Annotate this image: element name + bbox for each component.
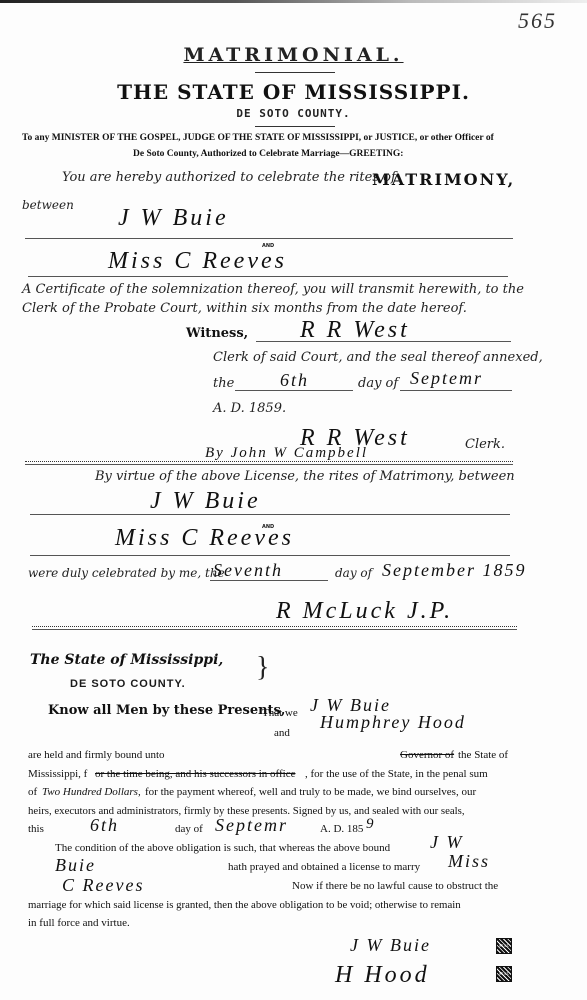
- struck-clause: or the time being, and his successors in…: [95, 768, 296, 780]
- clerk-text: Clerk of said Court, and the seal thereo…: [213, 350, 543, 365]
- license-month: Septemr: [410, 368, 483, 389]
- sum-suffix: for the payment whereof, well and truly …: [145, 786, 476, 798]
- state-of-text: the State of: [458, 749, 508, 761]
- know-all-heading: Know all Men by these Presents,: [48, 703, 285, 718]
- county-heading: DE SOTO COUNTY.: [0, 107, 587, 120]
- marry-name-2: C Reeves: [62, 875, 144, 896]
- certificate-line-2: Clerk of the Probate Court, within six m…: [22, 301, 467, 316]
- matrimony-word: MATRIMONY,: [372, 170, 515, 189]
- marry-name-1: Miss: [448, 851, 490, 872]
- penal-sum: Two Hundred Dollars,: [42, 786, 141, 798]
- bride-name: Miss C Reeves: [108, 248, 287, 275]
- signature-hood: H Hood: [335, 962, 430, 989]
- bride-line: [28, 276, 508, 277]
- force-line: in full force and virtue.: [28, 917, 130, 929]
- mississippi-text: Mississippi, f: [28, 768, 87, 780]
- this-label: this: [28, 823, 44, 835]
- held-text: are held and firmly bound unto: [28, 749, 165, 761]
- certificate-line-1: A Certificate of the solemnization there…: [22, 282, 524, 297]
- seal-icon: SEAL: [496, 966, 512, 982]
- between-label: between: [22, 198, 74, 212]
- return-bride-line: [30, 555, 510, 556]
- return-month-year: September 1859: [382, 560, 526, 581]
- state-heading: THE STATE OF MISSISSIPPI.: [0, 80, 587, 104]
- return-day-line: [210, 580, 328, 581]
- clerk-suffix: Clerk.: [465, 437, 505, 452]
- page-number: 565: [518, 8, 557, 34]
- bond-state-heading: The State of Mississippi,: [30, 652, 223, 668]
- officiant-signature: R McLuck J.P.: [276, 598, 453, 625]
- return-day: Seventh: [213, 560, 283, 581]
- divider: [255, 72, 335, 73]
- condition-line: The condition of the above obligation is…: [55, 842, 390, 854]
- deputy-signature: By John W Campbell: [205, 445, 368, 462]
- ad-label: A. D. 185: [320, 823, 363, 835]
- bound-name-1: J W: [430, 832, 463, 853]
- governor-struck: Governor of: [400, 749, 454, 761]
- divider: [255, 126, 335, 127]
- bond-county-heading: DE SOTO COUNTY.: [70, 678, 186, 690]
- bond-day: 6th: [90, 815, 119, 836]
- signature-buie: J W Buie: [350, 935, 431, 956]
- brace: }: [256, 654, 269, 682]
- seal-icon: SEAL: [496, 938, 512, 954]
- return-day-of-label: day of: [335, 566, 372, 580]
- license-day: 6th: [280, 370, 309, 391]
- day-of-label: day of: [358, 376, 398, 391]
- now-if-text: Now if there be no lawful cause to obstr…: [292, 880, 498, 892]
- ad-year: A. D. 1859.: [213, 401, 286, 416]
- year-digit: 9: [366, 816, 376, 833]
- document-title: MATRIMONIAL.: [0, 44, 587, 66]
- month-line: [400, 390, 512, 391]
- witness-name: R R West: [300, 317, 410, 344]
- bond-day-of-label: day of: [175, 823, 203, 835]
- surety-name: Humphrey Hood: [320, 712, 466, 733]
- marriage-line: marriage for which said license is grant…: [28, 899, 461, 911]
- celebrated-label: were duly celebrated by me, the: [28, 566, 225, 580]
- groom-name: J W Buie: [118, 205, 229, 232]
- return-groom-name: J W Buie: [150, 488, 261, 515]
- day-line: [235, 390, 353, 391]
- and-label: and: [274, 727, 290, 739]
- scan-edge: [0, 0, 587, 3]
- address-line-1: To any MINISTER OF THE GOSPEL, JUDGE OF …: [22, 133, 494, 143]
- that-we-label: That we: [262, 707, 298, 719]
- address-line-2: De Soto County, Authorized to Celebrate …: [133, 149, 403, 159]
- use-clause: , for the use of the State, in the penal…: [305, 768, 488, 780]
- witness-line: [256, 341, 511, 342]
- return-groom-line: [30, 514, 510, 515]
- return-bride-name: Miss C Reeves: [115, 525, 294, 552]
- bond-month: Septemr: [215, 815, 288, 836]
- officiant-line: [32, 626, 517, 630]
- bound-name-2: Buie: [55, 855, 96, 876]
- the-label: the: [213, 376, 234, 391]
- witness-label: Witness,: [186, 326, 248, 341]
- groom-line: [25, 238, 513, 239]
- hath-prayed: hath prayed and obtained a license to ma…: [228, 861, 420, 873]
- signature-line: [25, 461, 513, 465]
- sum-prefix: of: [28, 786, 37, 798]
- virtue-line: By virtue of the above License, the rite…: [95, 469, 515, 484]
- authorized-text: You are hereby authorized to celebrate t…: [62, 170, 396, 185]
